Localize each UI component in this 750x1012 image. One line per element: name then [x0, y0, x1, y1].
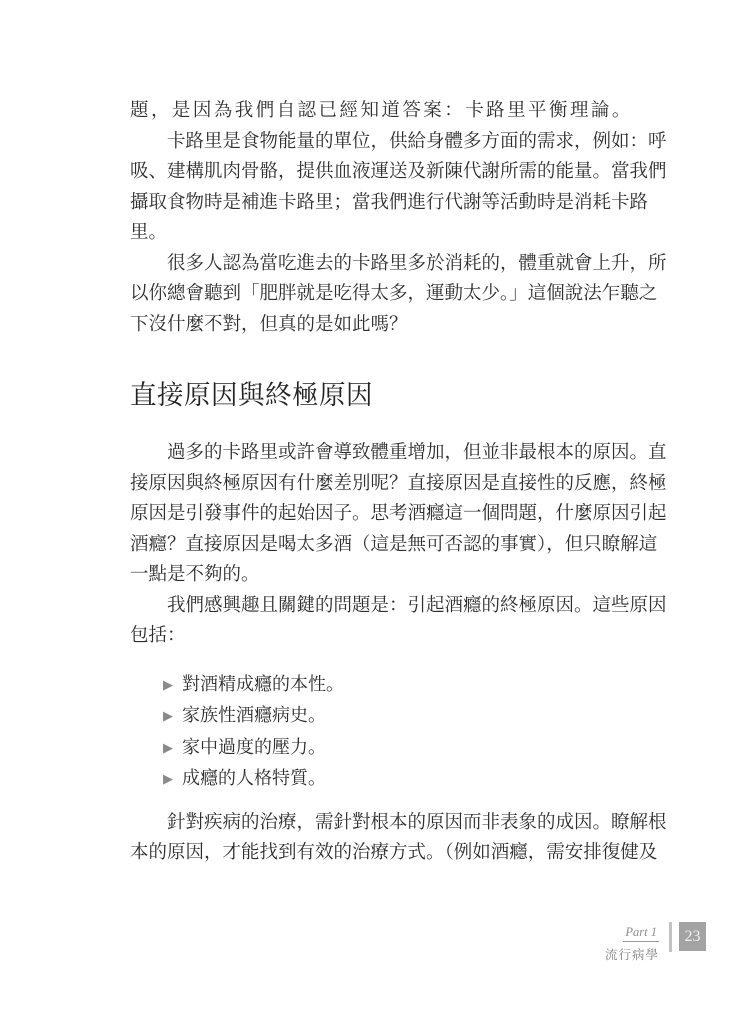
- paragraph: 很多人認為當吃進去的卡路里多於消耗的，體重就會上升，所以你總會聽到「肥胖就是吃得…: [130, 249, 667, 341]
- text-line: 吸、建構肌肉骨骼，提供血液運送及新陳代謝所需的能量。當我們: [130, 157, 667, 188]
- text-line: 很多人認為當吃進去的卡路里多於消耗的，體重就會上升，所: [130, 249, 667, 280]
- text-line: 卡路里是食物能量的單位，供給身體多方面的需求，例如：呼: [130, 127, 667, 158]
- text-line: 攝取食物時是補進卡路里；當我們進行代謝等活動時是消耗卡路: [130, 188, 667, 219]
- bullet-triangle-icon: ▶: [163, 670, 173, 702]
- text-column: 題，是因為我們自認已經知道答案：卡路里平衡理論。卡路里是食物能量的單位，供給身體…: [130, 96, 667, 869]
- text-line: 本的原因，才能找到有效的治療方式。（例如酒癮，需安排復健及: [130, 838, 667, 869]
- section-title: 流行病學: [605, 945, 659, 963]
- bullet-list: ▶對酒精成癮的本性。▶家族性酒癮病史。▶家中過度的壓力。▶成癮的人格特質。: [163, 669, 667, 795]
- list-item-text: 家中過度的壓力。: [182, 737, 326, 757]
- text-line: 接原因與終極原因有什麼差別呢？直接原因是直接性的反應，終極: [130, 469, 667, 500]
- list-item-text: 成癮的人格特質。: [182, 768, 326, 788]
- list-item: ▶成癮的人格特質。: [163, 763, 667, 795]
- text-line: 包括：: [130, 621, 667, 652]
- text-line: 我們感興趣且關鍵的問題是：引起酒癮的終極原因。這些原因: [130, 591, 667, 622]
- page-number-badge: 23: [679, 922, 706, 951]
- bullet-triangle-icon: ▶: [163, 764, 173, 796]
- page-footer: Part 1 流行病學 23: [605, 920, 706, 963]
- paragraph: 卡路里是食物能量的單位，供給身體多方面的需求，例如：呼吸、建構肌肉骨骼，提供血液…: [130, 127, 667, 249]
- footer-divider: [669, 922, 672, 952]
- book-page: 題，是因為我們自認已經知道答案：卡路里平衡理論。卡路里是食物能量的單位，供給身體…: [0, 0, 750, 1012]
- text-line: 針對疾病的治療，需針對根本的原因而非表象的成因。瞭解根: [130, 808, 667, 839]
- list-item: ▶對酒精成癮的本性。: [163, 669, 667, 701]
- section-heading: 直接原因與終極原因: [130, 378, 667, 412]
- footer-meta: Part 1 流行病學: [605, 920, 659, 963]
- text-line: 題，是因為我們自認已經知道答案：卡路里平衡理論。: [130, 96, 667, 127]
- text-line: 以你總會聽到「肥胖就是吃得太多，運動太少。」這個說法乍聽之: [130, 279, 667, 310]
- text-line: 原因是引發事件的起始因子。思考酒癮這一個問題，什麼原因引起: [130, 499, 667, 530]
- paragraph: 我們感興趣且關鍵的問題是：引起酒癮的終極原因。這些原因包括：: [130, 591, 667, 652]
- list-item: ▶家族性酒癮病史。: [163, 700, 667, 732]
- text-line: 里。: [130, 218, 667, 249]
- part-label: Part 1: [623, 925, 659, 942]
- list-item-text: 對酒精成癮的本性。: [182, 674, 344, 694]
- paragraph: 題，是因為我們自認已經知道答案：卡路里平衡理論。: [130, 96, 667, 127]
- paragraph: 針對疾病的治療，需針對根本的原因而非表象的成因。瞭解根本的原因，才能找到有效的治…: [130, 808, 667, 869]
- list-item: ▶家中過度的壓力。: [163, 732, 667, 764]
- page-number: 23: [685, 928, 701, 946]
- paragraph: 過多的卡路里或許會導致體重增加，但並非最根本的原因。直接原因與終極原因有什麼差別…: [130, 438, 667, 591]
- text-line: 酒癮？直接原因是喝太多酒（這是無可否認的事實），但只瞭解這: [130, 530, 667, 561]
- bullet-triangle-icon: ▶: [163, 701, 173, 733]
- text-line: 下沒什麼不對，但真的是如此嗎？: [130, 310, 667, 341]
- bullet-triangle-icon: ▶: [163, 733, 173, 765]
- text-line: 過多的卡路里或許會導致體重增加，但並非最根本的原因。直: [130, 438, 667, 469]
- list-item-text: 家族性酒癮病史。: [182, 705, 326, 725]
- text-line: 一點是不夠的。: [130, 560, 667, 591]
